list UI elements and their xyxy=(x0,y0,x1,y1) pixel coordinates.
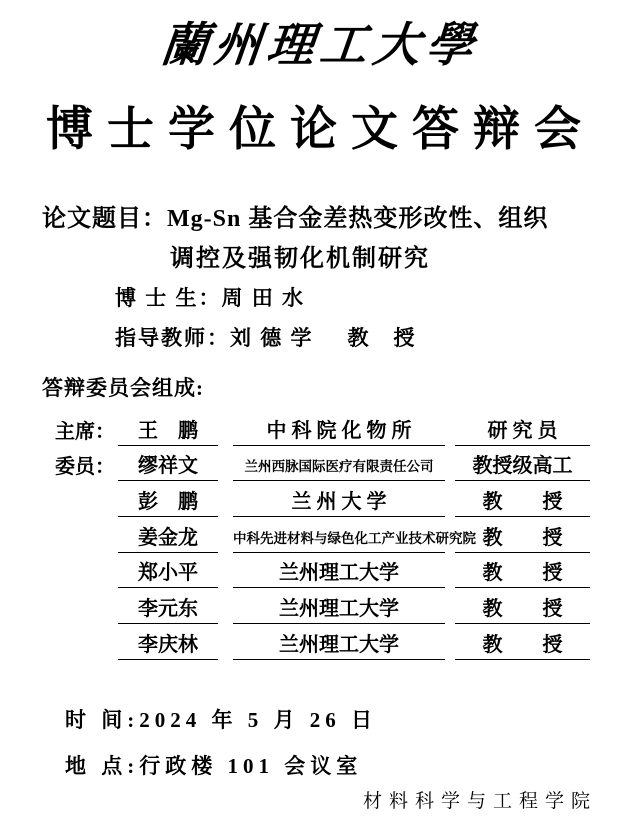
committee-member-title: 教 授 xyxy=(455,592,590,624)
committee-member-affiliation: 兰州理工大学 xyxy=(233,556,445,588)
committee-row: 李元东 兰州理工大学 教 授 xyxy=(55,588,595,624)
committee-member-name: 姜金龙 xyxy=(118,521,218,553)
defense-time: 时 间:2024 年 5 月 26 日 xyxy=(65,704,377,734)
thesis-title-line2: 调控及强韧化机制研究 xyxy=(170,238,430,273)
committee-member-title: 教 授 xyxy=(455,485,590,517)
defense-place: 地 点:行政楼 101 会议室 xyxy=(65,750,362,780)
committee-role-label xyxy=(55,551,118,553)
committee-member-affiliation: 兰 州 大 学 xyxy=(233,485,445,517)
committee-member-name: 李元东 xyxy=(118,592,218,624)
committee-member-affiliation: 中 科 院 化 物 所 xyxy=(233,414,445,446)
committee-row: 彭 鹏 兰 州 大 学 教 授 xyxy=(55,481,595,517)
committee-role-label xyxy=(55,515,118,517)
department-signature: 材料科学与工程学院 xyxy=(363,786,597,813)
university-calligraphy-logo: 蘭州理工大學 xyxy=(0,8,641,75)
committee-row: 委员： 缪祥文 兰州西脉国际医疗有限责任公司 教授级高工 xyxy=(55,446,595,482)
page-title: 博士学位论文答辩会 xyxy=(0,92,641,159)
committee-role-label xyxy=(55,658,118,660)
committee-member-title: 教授级高工 xyxy=(455,449,590,481)
committee-member-name: 郑小平 xyxy=(118,556,218,588)
committee-row: 郑小平 兰州理工大学 教 授 xyxy=(55,553,595,589)
student-label: 博 士 生： xyxy=(115,286,222,310)
committee-member-affiliation: 兰州理工大学 xyxy=(233,592,445,624)
committee-member-affiliation: 中科先进材料与绿色化工产业技术研究院 xyxy=(233,527,445,553)
committee-member-title: 教 授 xyxy=(455,556,590,588)
supervisor-title: 教 授 xyxy=(348,326,417,350)
committee-member-name: 彭 鹏 xyxy=(118,485,218,517)
defense-announcement-document: 蘭州理工大學 博士学位论文答辩会 论文题目：Mg-Sn 基合金差热变形改性、组织… xyxy=(0,0,641,822)
committee-member-name: 缪祥文 xyxy=(118,449,218,481)
doctoral-student-line: 博 士 生：周 田 水 xyxy=(115,282,305,312)
thesis-title-line1: 论文题目：Mg-Sn 基合金差热变形改性、组织 xyxy=(42,198,548,233)
committee-heading: 答辩委员会组成: xyxy=(42,372,204,402)
committee-table: 主席： 王 鹏 中 科 院 化 物 所 研 究 员 委员： 缪祥文 兰州西脉国际… xyxy=(55,410,595,660)
supervisor-name: 刘 德 学 xyxy=(230,326,314,350)
committee-member-affiliation: 兰州西脉国际医疗有限责任公司 xyxy=(233,455,445,481)
student-name: 周 田 水 xyxy=(222,286,306,310)
committee-row: 主席： 王 鹏 中 科 院 化 物 所 研 究 员 xyxy=(55,410,595,446)
committee-role-label xyxy=(55,622,118,624)
committee-role-label: 主席： xyxy=(55,415,118,446)
committee-member-affiliation: 兰州理工大学 xyxy=(233,628,445,660)
supervisor-line: 指导教师：刘 德 学教 授 xyxy=(115,322,417,352)
committee-member-name: 李庆林 xyxy=(118,628,218,660)
supervisor-label: 指导教师： xyxy=(115,326,230,350)
committee-member-title: 教 授 xyxy=(455,628,590,660)
committee-role-label xyxy=(55,586,118,588)
committee-member-title: 研 究 员 xyxy=(455,414,590,446)
committee-member-name: 王 鹏 xyxy=(118,414,218,446)
committee-member-title: 教 授 xyxy=(455,521,590,553)
committee-role-label: 委员： xyxy=(55,450,118,481)
committee-row: 姜金龙 中科先进材料与绿色化工产业技术研究院 教 授 xyxy=(55,517,595,553)
committee-row: 李庆林 兰州理工大学 教 授 xyxy=(55,624,595,660)
